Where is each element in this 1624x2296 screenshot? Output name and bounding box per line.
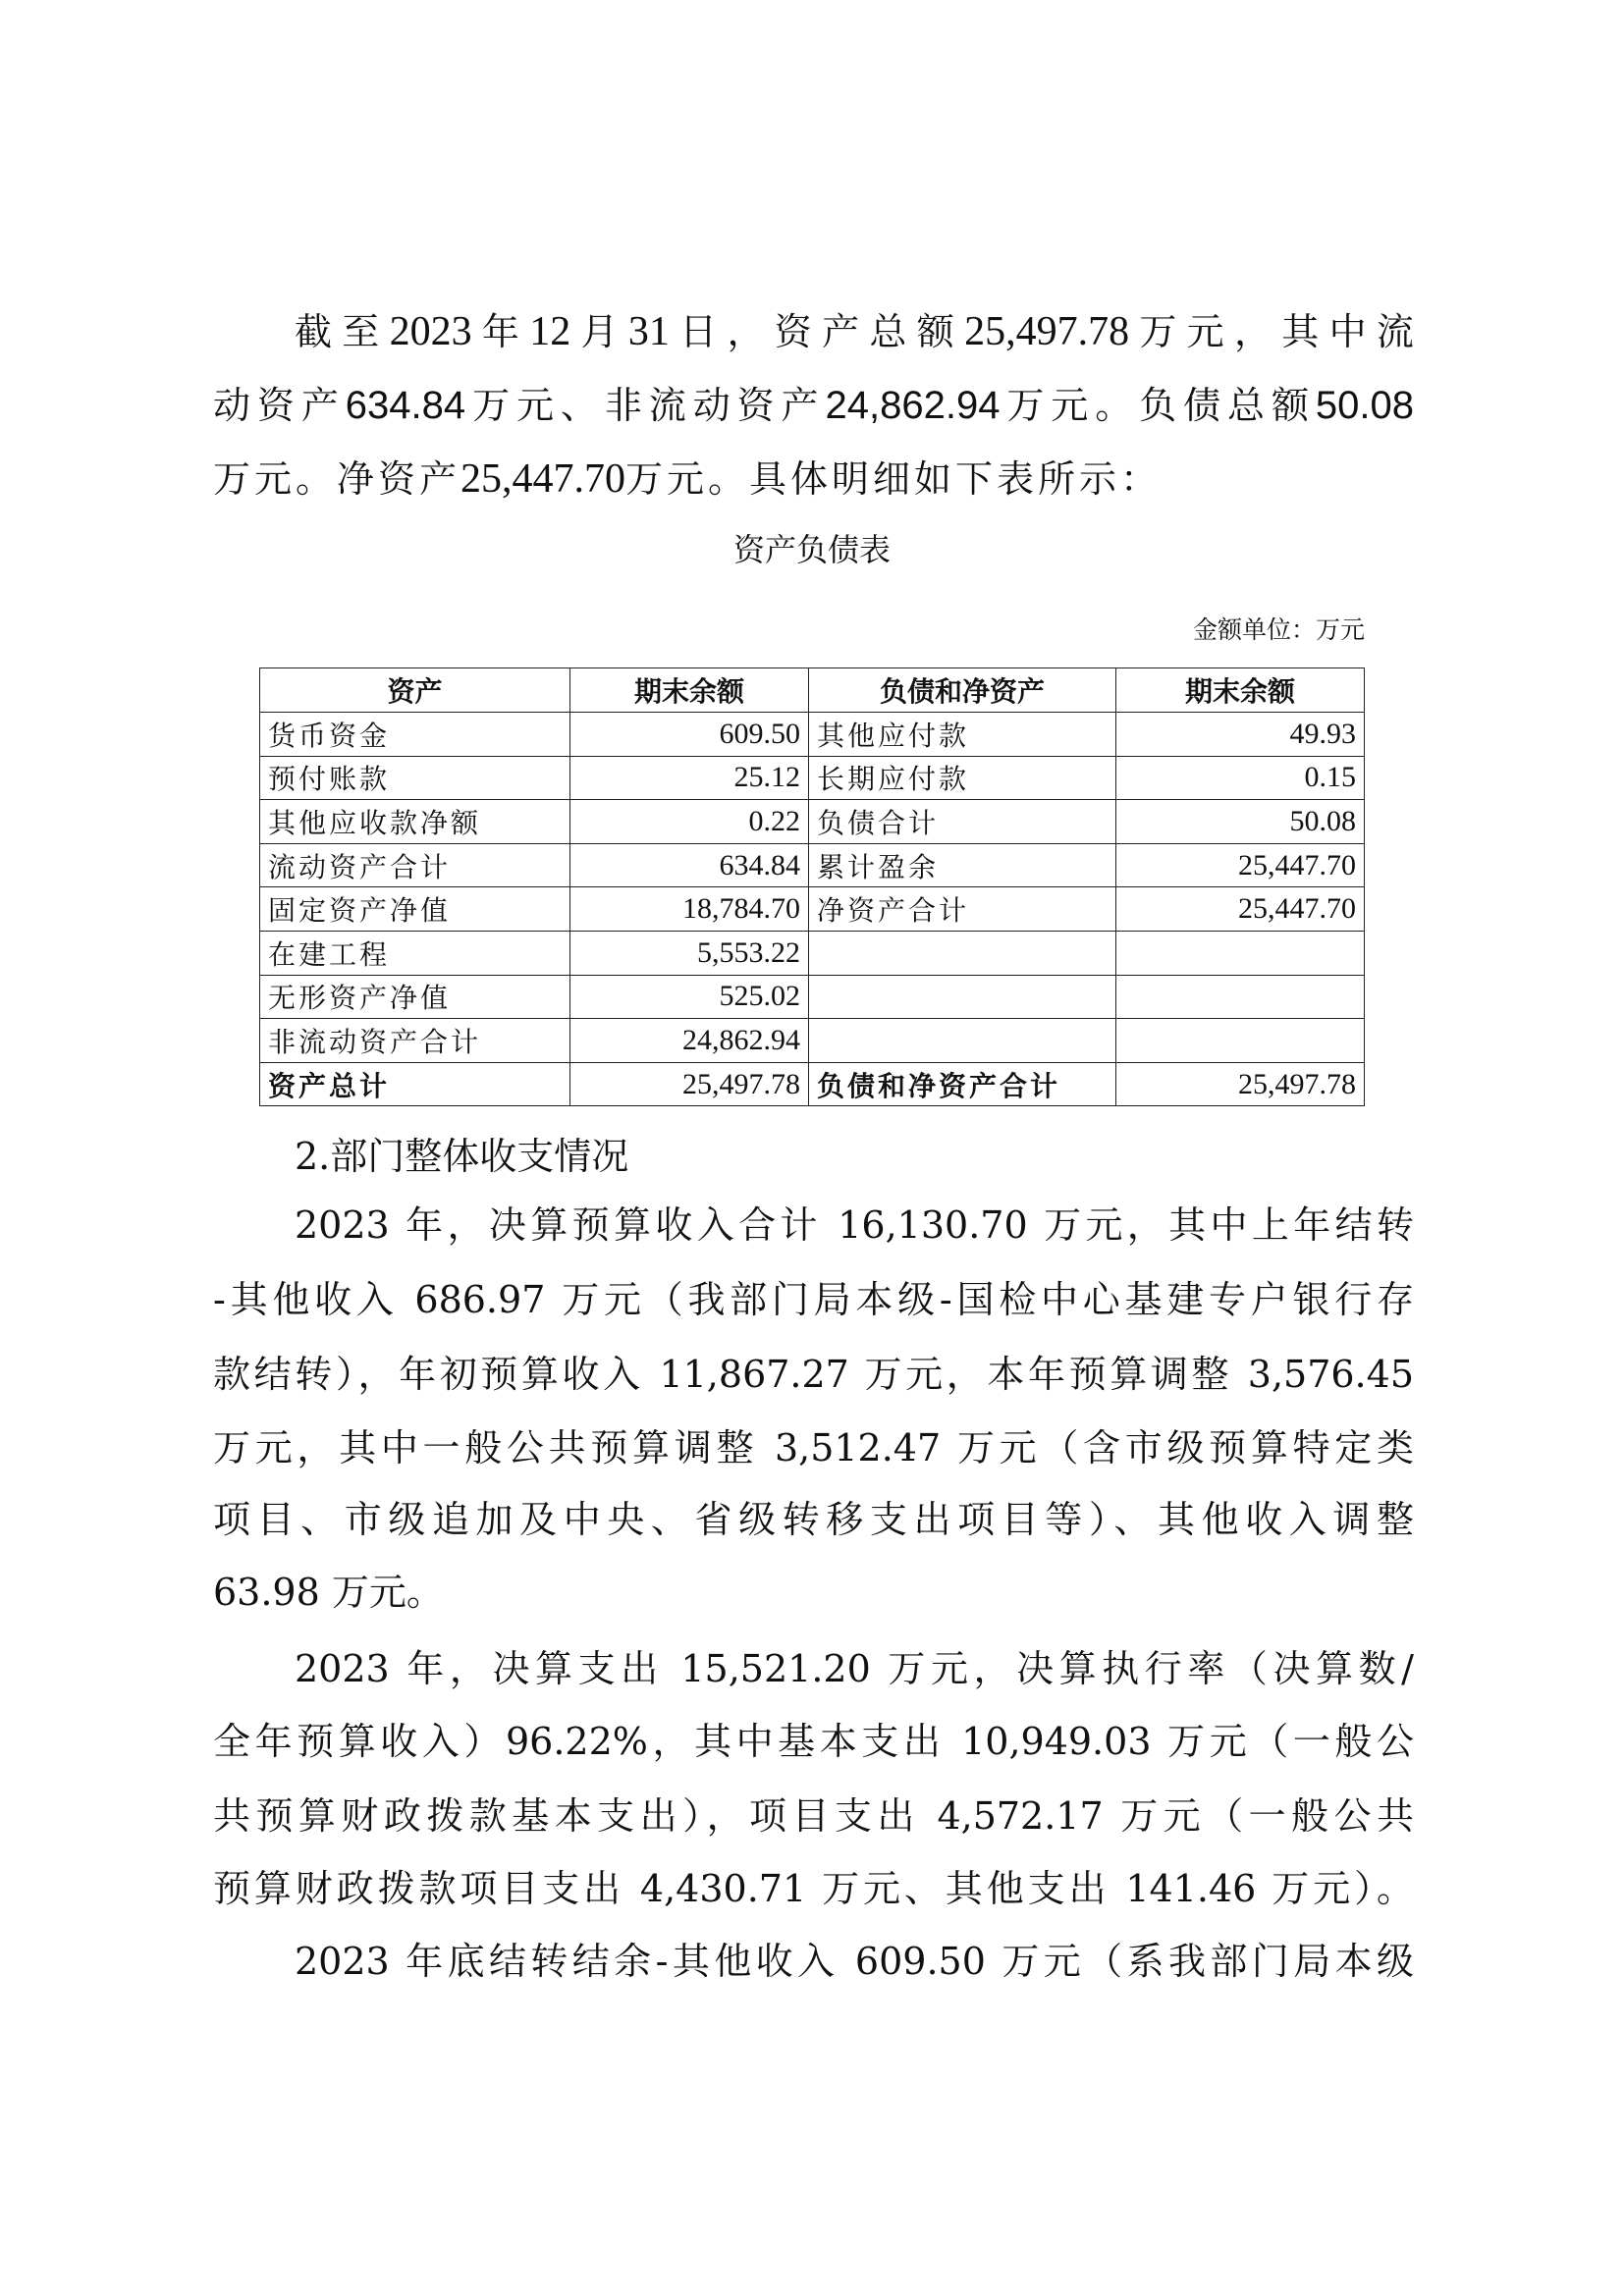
header-assets: 资产	[260, 668, 570, 713]
paragraph-line: 2023 年底结转结余-其他收入 609.50 万元（系我部门局本级	[295, 1932, 1414, 1991]
asset-name: 预付账款	[260, 756, 570, 800]
asset-name: 流动资产合计	[260, 843, 570, 887]
liability-name: 净资产合计	[809, 887, 1116, 932]
asset-value: 18,784.70	[570, 887, 809, 932]
liability-value	[1116, 931, 1365, 975]
asset-name: 在建工程	[260, 931, 570, 975]
text: 万元。具体明细如下表所示：	[625, 457, 1162, 501]
text: 万元、非流动资产	[465, 384, 825, 427]
table-row: 流动资产合计634.84累计盈余25,447.70	[260, 843, 1365, 887]
asset-name: 货币资金	[260, 713, 570, 757]
liability-value: 49.93	[1116, 713, 1365, 757]
liability-name: 其他应付款	[809, 713, 1116, 757]
liability-value: 50.08	[1116, 800, 1365, 844]
header-liability-balance: 期末余额	[1116, 668, 1365, 713]
table-row: 无形资产净值525.02	[260, 975, 1365, 1019]
table-row: 非流动资产合计24,862.94	[260, 1019, 1365, 1063]
asset-value: 525.02	[570, 975, 809, 1019]
table-row: 在建工程5,553.22	[260, 931, 1365, 975]
paragraph-line: 2023 年，决算支出 15,521.20 万元，决算执行率（决算数/	[295, 1639, 1414, 1698]
paragraph-line: 共预算财政拨款基本支出），项目支出 4,572.17 万元（一般公共	[213, 1787, 1414, 1845]
year: 2023	[390, 309, 472, 354]
asset-total-label: 资产总计	[260, 1062, 570, 1106]
table-row: 货币资金609.50其他应付款49.93	[260, 713, 1365, 757]
text: 万元，其中流	[1129, 310, 1414, 353]
asset-name: 固定资产净值	[260, 887, 570, 932]
asset-value: 24,862.94	[570, 1019, 809, 1063]
liability-name	[809, 1019, 1116, 1063]
text: 月	[570, 310, 628, 353]
asset-value: 25.12	[570, 756, 809, 800]
table-header-row: 资产 期末余额 负债和净资产 期末余额	[260, 668, 1365, 713]
total-liabilities: 50.08	[1316, 384, 1414, 427]
liability-value	[1116, 975, 1365, 1019]
table-total-row: 资产总计25,497.78负债和净资产合计25,497.78	[260, 1062, 1365, 1106]
paragraph-line: -其他收入 686.97 万元（我部门局本级-国检中心基建专户银行存	[213, 1270, 1414, 1329]
text: 万元。净资产	[213, 457, 460, 501]
asset-total-value: 25,497.78	[570, 1062, 809, 1106]
text: 日，资产总额	[670, 310, 964, 353]
liability-name	[809, 931, 1116, 975]
header-liabilities: 负债和净资产	[809, 668, 1116, 713]
non-current-assets: 24,862.94	[826, 384, 1001, 427]
table-title: 资产负债表	[0, 525, 1624, 574]
liability-value: 0.15	[1116, 756, 1365, 800]
day: 31	[628, 309, 670, 354]
current-assets: 634.84	[346, 384, 465, 427]
paragraph-line: 预算财政拨款项目支出 4,430.71 万元、其他支出 141.46 万元）。	[213, 1859, 1414, 1918]
net-assets: 25,447.70	[460, 456, 625, 502]
asset-value: 634.84	[570, 843, 809, 887]
paragraph-line: 63.98 万元。	[213, 1563, 1414, 1622]
liability-total-value: 25,497.78	[1116, 1062, 1365, 1106]
paragraph-line: 项目、市级追加及中央、省级转移支出项目等）、其他收入调整	[213, 1490, 1414, 1549]
table-row: 预付账款25.12长期应付款0.15	[260, 756, 1365, 800]
table-row: 其他应收款净额0.22负债合计50.08	[260, 800, 1365, 844]
intro-line-2: 动资产634.84万元、非流动资产24,862.94万元。负债总额50.08	[213, 376, 1414, 435]
liability-name: 长期应付款	[809, 756, 1116, 800]
total-assets: 25,497.78	[964, 309, 1129, 354]
liability-name	[809, 975, 1116, 1019]
text: 万元。负债总额	[1000, 384, 1315, 427]
header-asset-balance: 期末余额	[570, 668, 809, 713]
table-row: 固定资产净值18,784.70净资产合计25,447.70	[260, 887, 1365, 932]
paragraph-line: 款结转），年初预算收入 11,867.27 万元，本年预算调整 3,576.45	[213, 1345, 1414, 1404]
paragraph-line: 2023 年，决算预算收入合计 16,130.70 万元，其中上年结转	[295, 1196, 1414, 1255]
intro-line-1: 截至2023年12月31日，资产总额25,497.78万元，其中流	[295, 302, 1414, 361]
month: 12	[529, 309, 570, 354]
text: 截至	[295, 310, 390, 353]
section-heading: 2.部门整体收支情况	[295, 1127, 628, 1186]
paragraph-line: 全年预算收入）96.22%，其中基本支出 10,949.03 万元（一般公	[213, 1712, 1414, 1771]
text: 动资产	[213, 384, 346, 427]
liability-value: 25,447.70	[1116, 887, 1365, 932]
asset-name: 非流动资产合计	[260, 1019, 570, 1063]
asset-name: 无形资产净值	[260, 975, 570, 1019]
liability-name: 累计盈余	[809, 843, 1116, 887]
intro-line-3: 万元。净资产25,447.70万元。具体明细如下表所示：	[213, 450, 1414, 508]
liability-value: 25,447.70	[1116, 843, 1365, 887]
liability-name: 负债合计	[809, 800, 1116, 844]
liability-total-label: 负债和净资产合计	[809, 1062, 1116, 1106]
unit-label: 金额单位：万元	[1149, 609, 1365, 652]
text: 年	[472, 310, 530, 353]
asset-name: 其他应收款净额	[260, 800, 570, 844]
balance-sheet-table: 资产 期末余额 负债和净资产 期末余额 货币资金609.50其他应付款49.93…	[259, 667, 1365, 1106]
asset-value: 5,553.22	[570, 931, 809, 975]
asset-value: 0.22	[570, 800, 809, 844]
liability-value	[1116, 1019, 1365, 1063]
paragraph-line: 万元，其中一般公共预算调整 3,512.47 万元（含市级预算特定类	[213, 1418, 1414, 1477]
asset-value: 609.50	[570, 713, 809, 757]
